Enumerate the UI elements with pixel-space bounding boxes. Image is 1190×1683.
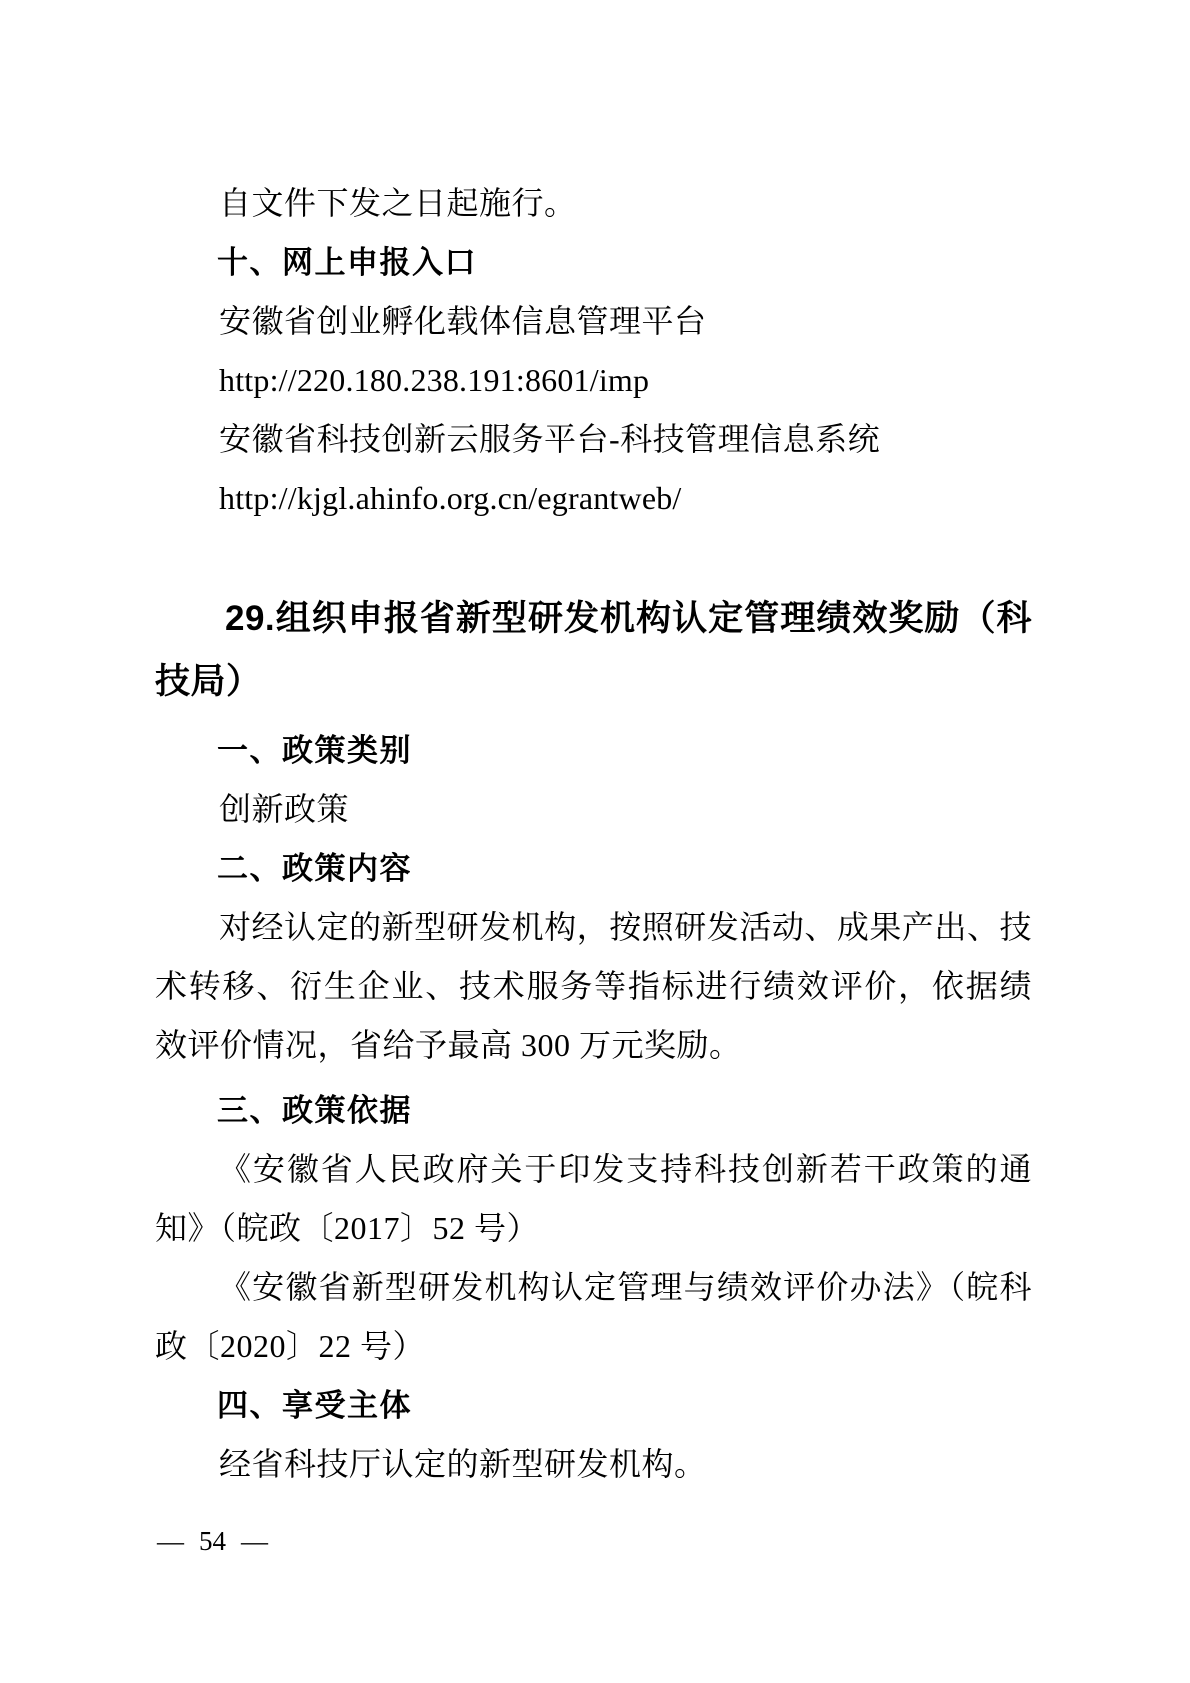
text-policy-basis-1: 《安徽省人民政府关于印发支持科技创新若干政策的通知》（皖政〔2017〕52 号） — [155, 1140, 1032, 1258]
platform-url-1: http://220.180.238.191:8601/imp — [155, 351, 1032, 410]
page-number: 54 — [199, 1524, 226, 1558]
text-policy-basis-2: 《安徽省新型研发机构认定管理与绩效评价办法》（皖科政〔2020〕22 号） — [155, 1258, 1032, 1376]
section-29-title: 29.组织申报省新型研发机构认定管理绩效奖励（科技局） — [155, 587, 1032, 713]
document-content: 自文件下发之日起施行。 十、网上申报入口 安徽省创业孵化载体信息管理平台 htt… — [155, 174, 1032, 1494]
heading-policy-basis: 三、政策依据 — [155, 1081, 1032, 1140]
text-beneficiary: 经省科技厅认定的新型研发机构。 — [155, 1435, 1032, 1494]
platform-name-2: 安徽省科技创新云服务平台-科技管理信息系统 — [155, 410, 1032, 469]
platform-name-1: 安徽省创业孵化载体信息管理平台 — [155, 292, 1032, 351]
text-policy-category: 创新政策 — [155, 780, 1032, 839]
text-policy-content: 对经认定的新型研发机构，按照研发活动、成果产出、技术转移、衍生企业、技术服务等指… — [155, 898, 1032, 1075]
document-page: 自文件下发之日起施行。 十、网上申报入口 安徽省创业孵化载体信息管理平台 htt… — [0, 0, 1190, 1683]
heading-online-application-entry: 十、网上申报入口 — [155, 233, 1032, 292]
paragraph-closing-line: 自文件下发之日起施行。 — [155, 174, 1032, 233]
page-number-dash-right: — — [241, 1524, 268, 1558]
heading-beneficiary: 四、享受主体 — [155, 1376, 1032, 1435]
platform-url-2: http://kjgl.ahinfo.org.cn/egrantweb/ — [155, 469, 1032, 528]
page-number-dash-left: — — [157, 1524, 184, 1558]
heading-policy-content: 二、政策内容 — [155, 839, 1032, 898]
page-footer: — 54 — — [157, 1524, 268, 1558]
heading-policy-category: 一、政策类别 — [155, 721, 1032, 780]
